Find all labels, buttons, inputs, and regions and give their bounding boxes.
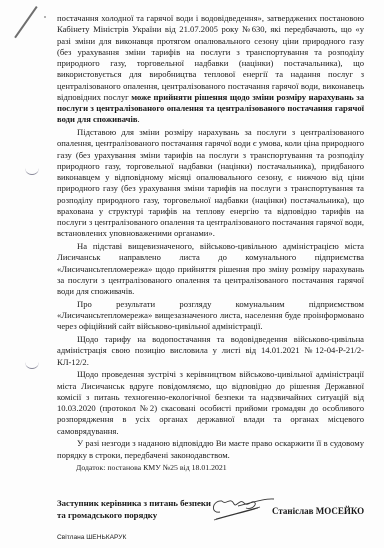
paragraph: У разі незгоди з наданою відповіддю Ви м… <box>57 438 364 461</box>
attachment-note: Додаток: постанова КМУ №25 від 18.01.202… <box>76 463 227 472</box>
paragraph: Про результати розгляду комунальним підп… <box>57 299 364 333</box>
paragraph: Підставою для зміни розміру нарахувань з… <box>57 127 364 240</box>
text-run: Щодо тарифу на водопостачання та водовід… <box>57 334 364 367</box>
executor-name: Світлана ШЕНЬКАРУК <box>57 534 126 541</box>
text-run: Про результати розгляду комунальним підп… <box>57 299 364 332</box>
signatory-name: Станіслав МОСЕЙКО <box>272 506 364 516</box>
text-run: . <box>138 114 140 124</box>
text-run: постачання холодної та гарячої води і во… <box>57 13 364 102</box>
paragraph: Щодо тарифу на водопостачання та водовід… <box>57 334 364 368</box>
signatory-position: Заступник керівника з питань безпеки та … <box>57 497 211 521</box>
paragraph: постачання холодної та гарячої води і во… <box>57 13 364 126</box>
text-run: Щодо проведення зустрічі з керівництвом … <box>57 369 364 435</box>
document-page: постачання холодної та гарячої води і во… <box>0 0 384 548</box>
position-line-1: Заступник керівника з питань безпеки <box>57 497 211 509</box>
text-run: У разі незгоди з наданою відповіддю Ви м… <box>57 438 364 459</box>
margin-dot <box>44 16 46 18</box>
handwritten-signature-icon <box>208 492 278 522</box>
text-run: На підставі вищевизначеного, військово-ц… <box>57 241 364 296</box>
paragraph: Щодо проведення зустрічі з керівництвом … <box>57 369 364 437</box>
position-line-2: та громадського порядку <box>57 509 211 521</box>
letter-body: постачання холодної та гарячої води і во… <box>57 13 364 461</box>
paragraph: На підставі вищевизначеного, військово-ц… <box>57 241 364 297</box>
punch-hole-mark <box>25 168 39 175</box>
text-run: Підставою для зміни розміру нарахувань з… <box>57 127 364 238</box>
punch-hole-mark <box>25 362 39 369</box>
margin-pen-mark <box>14 6 37 38</box>
